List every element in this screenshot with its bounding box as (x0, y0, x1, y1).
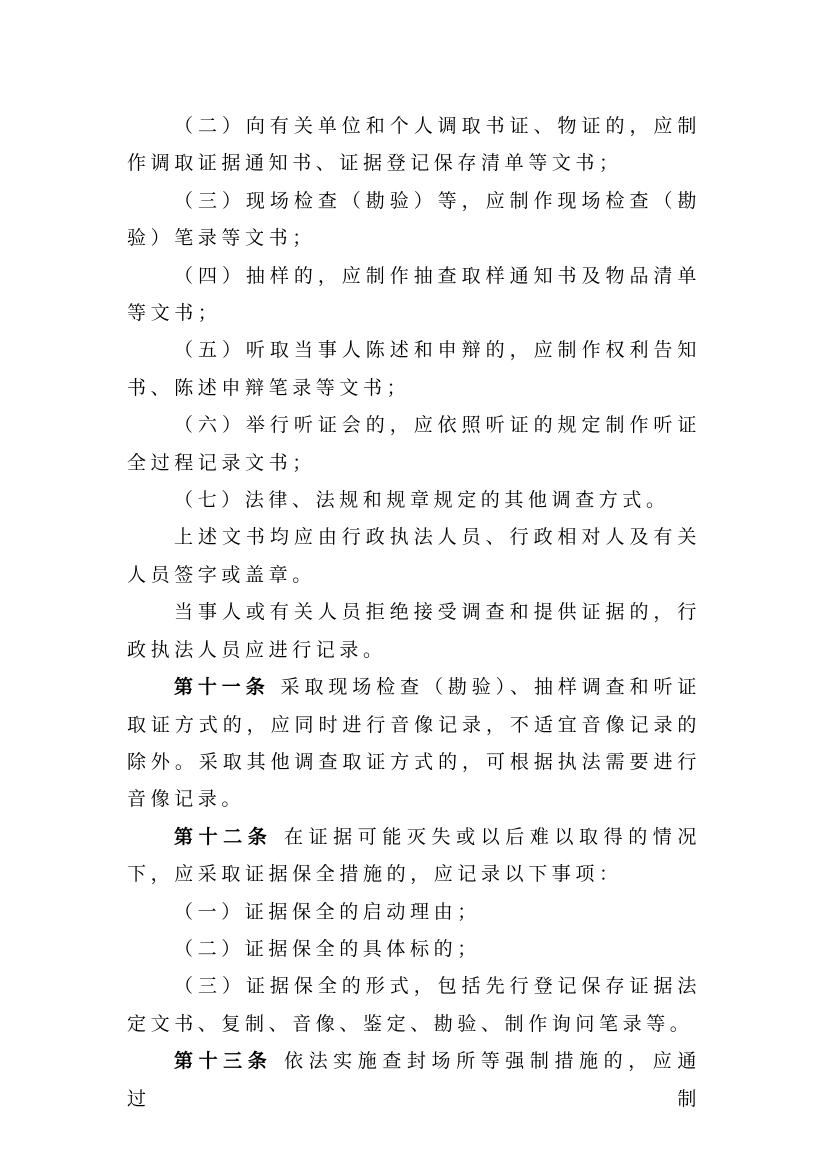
paragraph-item-6: （六）举行听证会的，应依照听证的规定制作听证全过程记录文书； (127, 407, 701, 482)
article-12-heading: 第十二条 (174, 826, 272, 848)
paragraph-refusal-note: 当事人或有关人员拒绝接受调查和提供证据的，行政执法人员应进行记录。 (127, 594, 701, 669)
article-13-heading: 第十三条 (174, 1050, 272, 1072)
paragraph-item-3: （三）现场检查（勘验）等，应制作现场检查（勘验）笔录等文书； (127, 183, 701, 258)
article-11-heading: 第十一条 (174, 676, 270, 698)
paragraph-item-5: （五）听取当事人陈述和申辩的，应制作权利告知书、陈述申辩笔录等文书； (127, 332, 701, 407)
article-12: 第十二条 在证据可能灭失或以后难以取得的情况下，应采取证据保全措施的，应记录以下… (127, 819, 701, 894)
paragraph-item-4: （四）抽样的，应制作抽查取样通知书及物品清单等文书； (127, 258, 701, 333)
article-13: 第十三条 依法实施查封场所等强制措施的，应通过制 (127, 1043, 701, 1118)
paragraph-item-2: （二）向有关单位和个人调取书证、物证的，应制作调取证据通知书、证据登记保存清单等… (127, 108, 701, 183)
preservation-item-1: （一）证据保全的启动理由； (127, 894, 701, 931)
document-page: （二）向有关单位和个人调取书证、物证的，应制作调取证据通知书、证据登记保存清单等… (127, 108, 701, 1118)
preservation-item-2: （二）证据保全的具体标的； (127, 931, 701, 968)
preservation-item-3: （三）证据保全的形式，包括先行登记保存证据法定文书、复制、音像、鉴定、勘验、制作… (127, 968, 701, 1043)
paragraph-signature-note: 上述文书均应由行政执法人员、行政相对人及有关人员签字或盖章。 (127, 519, 701, 594)
paragraph-item-7: （七）法律、法规和规章规定的其他调查方式。 (127, 482, 701, 519)
article-11: 第十一条 采取现场检查（勘验）、抽样调查和听证取证方式的，应同时进行音像记录，不… (127, 669, 701, 819)
